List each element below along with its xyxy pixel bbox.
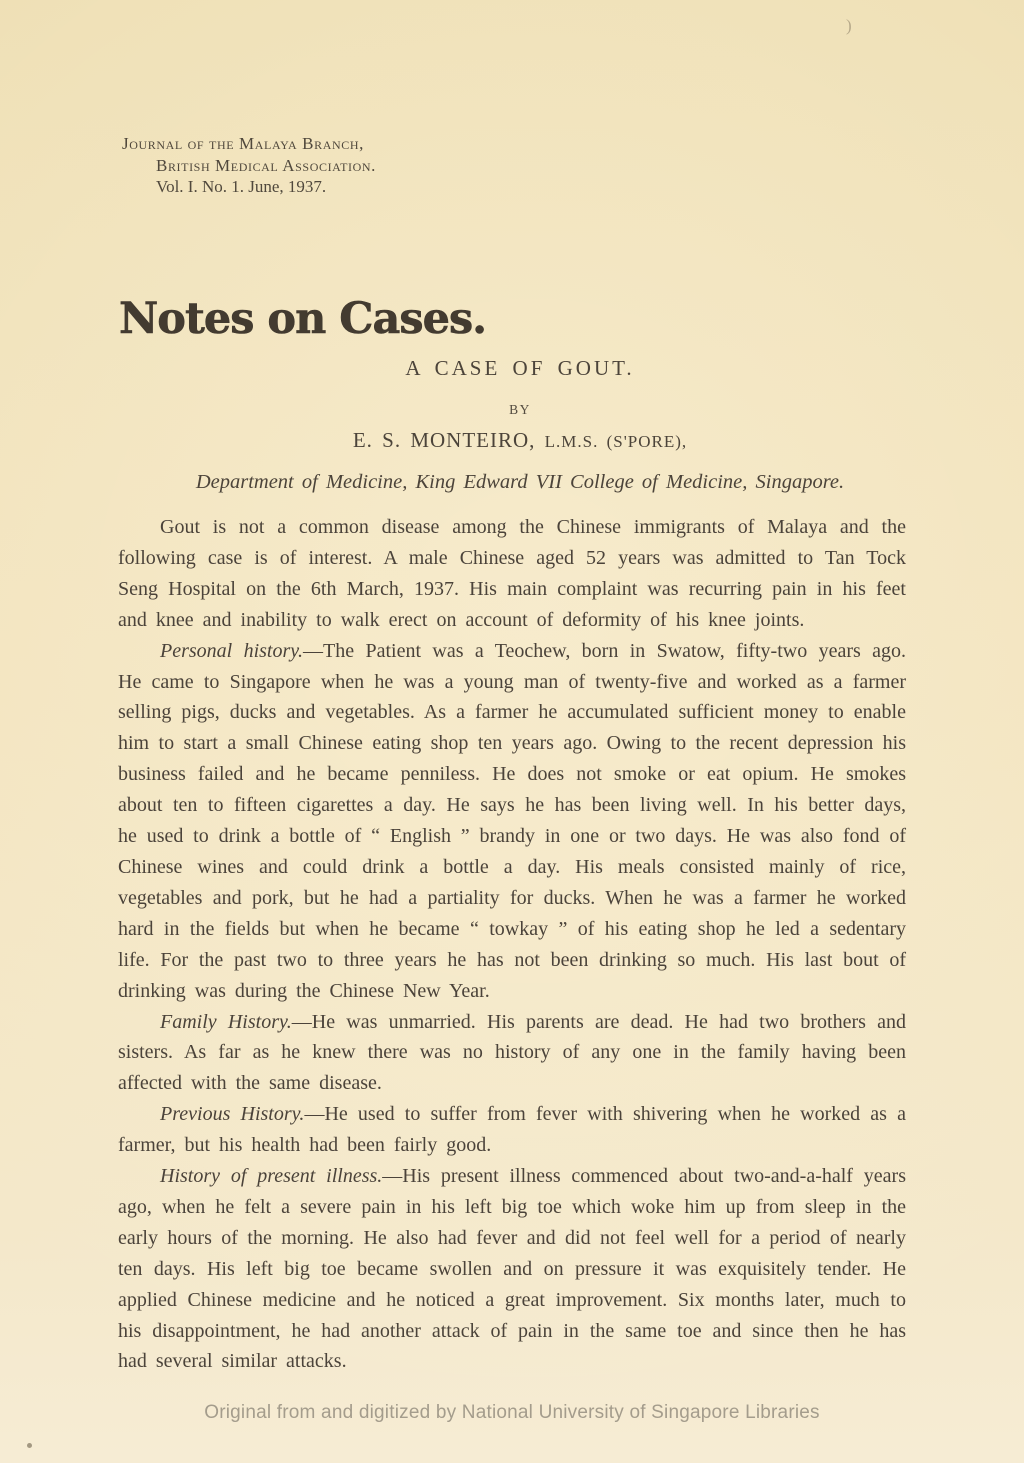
author-line: E. S. MONTEIRO, L.M.S. (S'PORE), xyxy=(120,428,920,453)
masthead-volume-issue-date: Vol. I. No. 1. June, 1937. xyxy=(122,176,376,198)
paragraph-text: —His present illness commenced about two… xyxy=(118,1165,906,1372)
paragraph-lead: Personal history. xyxy=(160,640,303,662)
masthead-journal-name: Journal of the Malaya Branch, xyxy=(122,133,376,155)
paragraph: History of present illness.—His present … xyxy=(118,1161,906,1377)
digitization-watermark: Original from and digitized by National … xyxy=(0,1402,1024,1424)
scanned-journal-page: Journal of the Malaya Branch, British Me… xyxy=(0,0,1024,1463)
scan-artifact-speck xyxy=(27,1443,32,1448)
article-body: Gout is not a common disease among the C… xyxy=(118,512,906,1377)
paragraph-lead: Family History. xyxy=(160,1011,292,1033)
paragraph: Family History.—He was unmarried. His pa… xyxy=(118,1007,906,1100)
paragraph: Gout is not a common disease among the C… xyxy=(118,512,906,636)
case-heading: A CASE OF GOUT. xyxy=(120,356,920,381)
paragraph: Previous History.—He used to suffer from… xyxy=(118,1099,906,1161)
paragraph-text: —The Patient was a Teochew, born in Swat… xyxy=(118,640,906,1002)
author-credentials: L.M.S. (S'PORE), xyxy=(545,432,688,451)
author-affiliation: Department of Medicine, King Edward VII … xyxy=(100,471,940,494)
paragraph-lead: Previous History. xyxy=(160,1103,304,1125)
paragraph: Personal history.—The Patient was a Teoc… xyxy=(118,636,906,1007)
paragraph-lead: History of present illness. xyxy=(160,1165,382,1187)
scan-artifact-bracket: ) xyxy=(846,16,852,36)
paragraph-text: Gout is not a common disease among the C… xyxy=(118,516,906,631)
author-name: E. S. MONTEIRO, xyxy=(353,428,536,452)
masthead: Journal of the Malaya Branch, British Me… xyxy=(122,133,376,198)
masthead-association: British Medical Association. xyxy=(122,155,376,177)
section-title: Notes on Cases. xyxy=(119,294,486,344)
byline-label: BY xyxy=(120,402,920,418)
